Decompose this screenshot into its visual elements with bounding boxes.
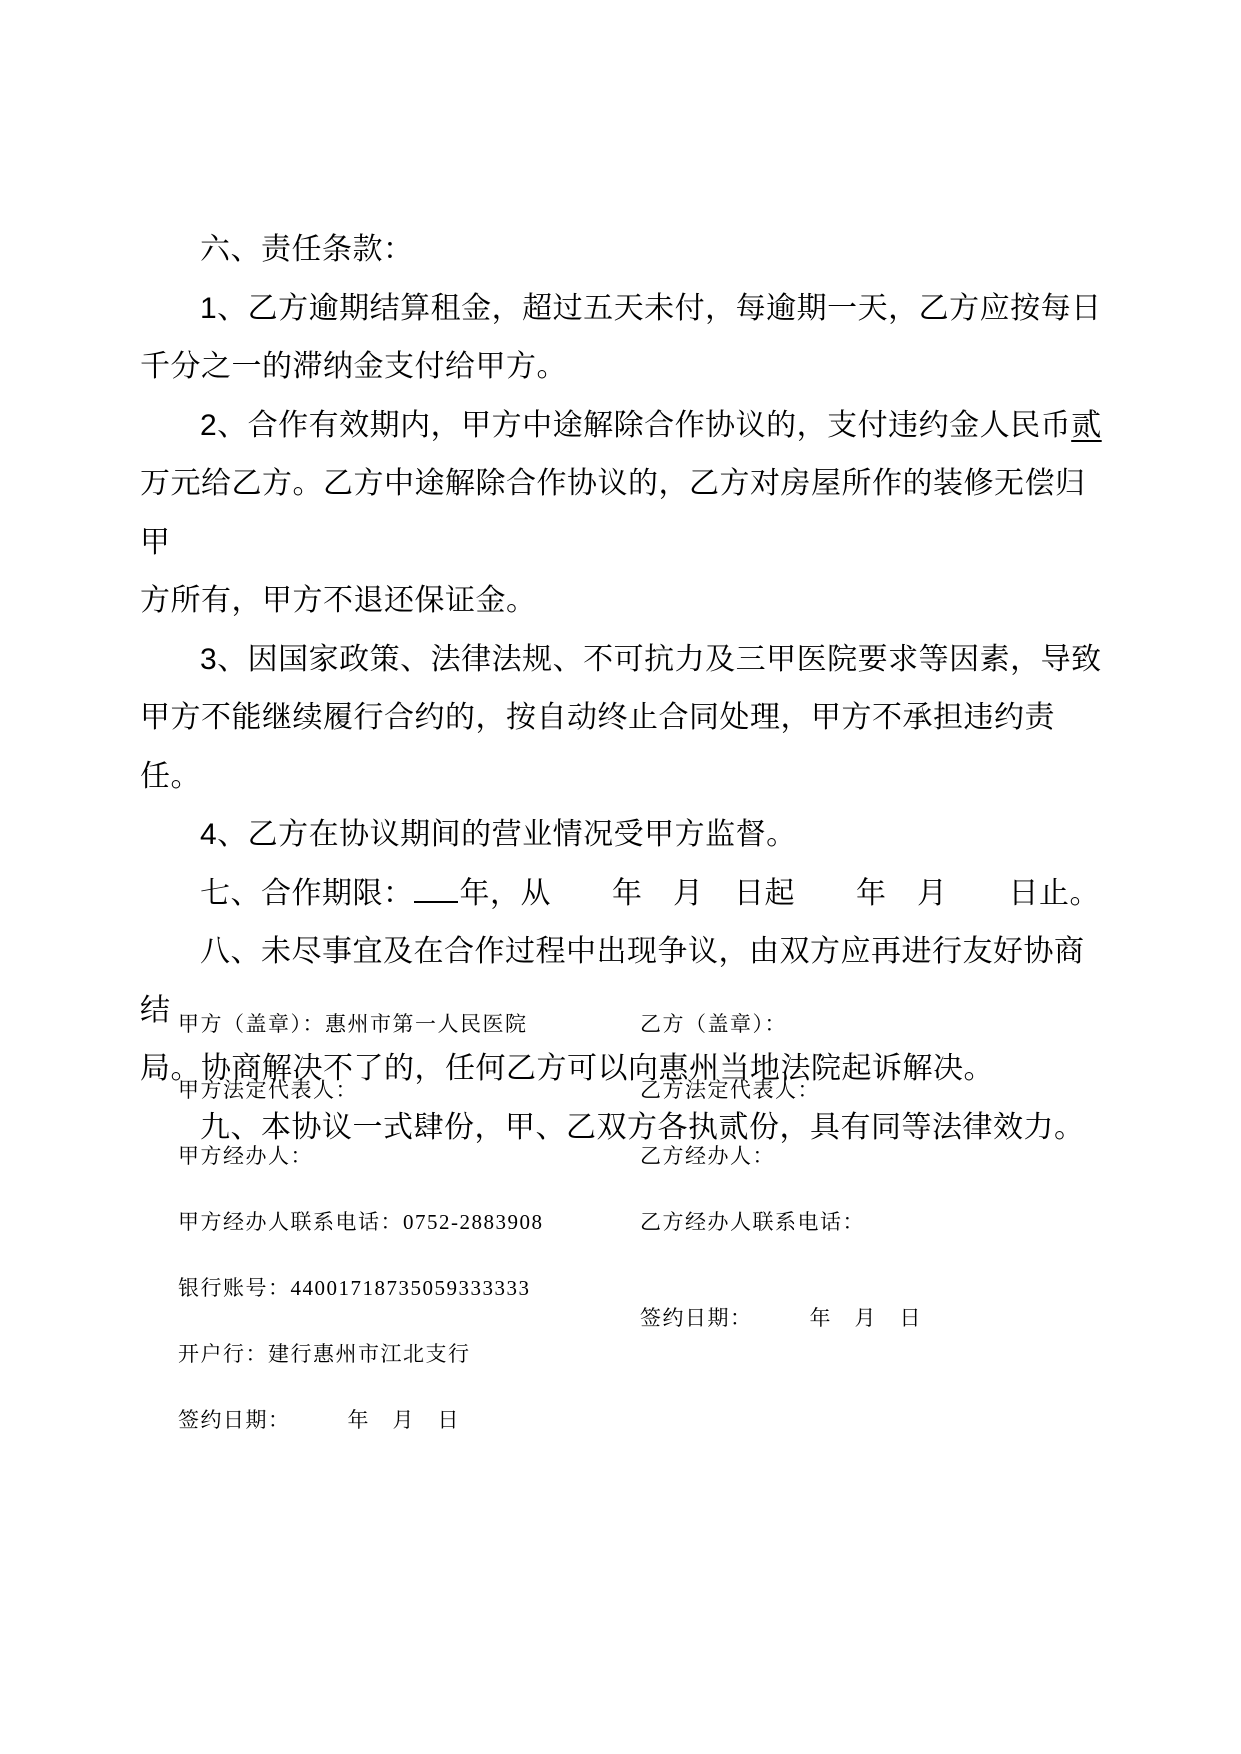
signature-line: 乙方经办人联系电话： — [640, 1189, 922, 1255]
clause-line: 方所有，甲方不退还保证金。 — [140, 572, 1105, 631]
signature-line: 甲方法定代表人： — [178, 1057, 544, 1123]
signature-text: 甲方经办人联系电话：0752-2883908 — [178, 1210, 544, 1234]
signature-text: 乙方经办人： — [640, 1144, 775, 1168]
clause-line: 六、责任条款： — [140, 221, 1105, 280]
signature-line: 开户行：建行惠州市江北支行 — [178, 1321, 544, 1387]
contract-page: 六、责任条款：1、乙方逾期结算租金，超过五天未付，每逾期一天，乙方应按每日千分之… — [0, 0, 1241, 1754]
clause-text: 甲方不能继续履行合约的，按自动终止合同处理，甲方不承担违约责任。 — [140, 701, 1055, 793]
signature-line: 乙方经办人： — [640, 1123, 922, 1189]
clause-text: 方所有，甲方不退还保证金。 — [140, 584, 537, 617]
signature-line: 签约日期： 年 月 日 — [178, 1387, 544, 1453]
clause-line: 七、合作期限：年，从 年 月 日起 年 月 日止。 — [140, 865, 1105, 924]
signature-text: 乙方法定代表人： — [640, 1078, 820, 1102]
clause-text: 3、因国家政策、法律法规、不可抗力及三甲医院要求等因素，导致 — [200, 643, 1102, 676]
signature-line: 甲方（盖章）：惠州市第一人民医院 — [178, 991, 544, 1057]
signature-line: 银行账号：44001718735059333333 — [178, 1255, 544, 1321]
signature-text: 银行账号：44001718735059333333 — [178, 1276, 531, 1300]
signature-line: 乙方（盖章）： — [640, 991, 922, 1057]
clause-text: 1、乙方逾期结算租金，超过五天未付，每逾期一天，乙方应按每日 — [200, 292, 1102, 325]
signature-text: 签约日期： 年 月 日 — [178, 1408, 460, 1432]
signature-line: 甲方经办人： — [178, 1123, 544, 1189]
signature-text: 甲方法定代表人： — [178, 1078, 358, 1102]
clause-text: 贰 — [1071, 409, 1102, 442]
clause-text: 七、合作期限： — [200, 877, 414, 910]
clause-line: 万元给乙方。乙方中途解除合作协议的，乙方对房屋所作的装修无偿归甲 — [140, 455, 1105, 572]
blank-underline-field — [414, 872, 458, 903]
clause-line: 2、合作有效期内，甲方中途解除合作协议的，支付违约金人民币贰 — [140, 397, 1105, 456]
signature-text: 签约日期： 年 月 日 — [640, 1306, 922, 1330]
party-a-signature-block: 甲方（盖章）：惠州市第一人民医院甲方法定代表人：甲方经办人：甲方经办人联系电话：… — [178, 991, 544, 1453]
clause-text: 年，从 年 月 日起 年 月 日止。 — [460, 877, 1101, 910]
signature-line: 签约日期： 年 月 日 — [640, 1285, 922, 1351]
clause-text: 千分之一的滞纳金支付给甲方。 — [140, 350, 567, 383]
signature-text: 乙方经办人联系电话： — [640, 1210, 865, 1234]
clause-line: 甲方不能继续履行合约的，按自动终止合同处理，甲方不承担违约责任。 — [140, 689, 1105, 806]
signature-text: 甲方（盖章）：惠州市第一人民医院 — [178, 1012, 528, 1036]
party-b-signature-block: 乙方（盖章）：乙方法定代表人：乙方经办人：乙方经办人联系电话：签约日期： 年 月… — [640, 991, 922, 1351]
clause-line: 千分之一的滞纳金支付给甲方。 — [140, 338, 1105, 397]
clause-line: 4、乙方在协议期间的营业情况受甲方监督。 — [140, 806, 1105, 865]
signature-text: 乙方（盖章）： — [640, 1012, 787, 1036]
signature-text: 甲方经办人： — [178, 1144, 313, 1168]
clause-text: 2、合作有效期内，甲方中途解除合作协议的，支付违约金人民币 — [200, 409, 1071, 442]
clause-text: 4、乙方在协议期间的营业情况受甲方监督。 — [200, 818, 797, 851]
clause-text: 万元给乙方。乙方中途解除合作协议的，乙方对房屋所作的装修无偿归甲 — [140, 467, 1086, 559]
clause-line: 1、乙方逾期结算租金，超过五天未付，每逾期一天，乙方应按每日 — [140, 280, 1105, 339]
clause-text: 六、责任条款： — [200, 233, 414, 266]
signature-text: 开户行：建行惠州市江北支行 — [178, 1342, 471, 1366]
signature-line: 甲方经办人联系电话：0752-2883908 — [178, 1189, 544, 1255]
signature-line: 乙方法定代表人： — [640, 1057, 922, 1123]
clause-line: 3、因国家政策、法律法规、不可抗力及三甲医院要求等因素，导致 — [140, 631, 1105, 690]
